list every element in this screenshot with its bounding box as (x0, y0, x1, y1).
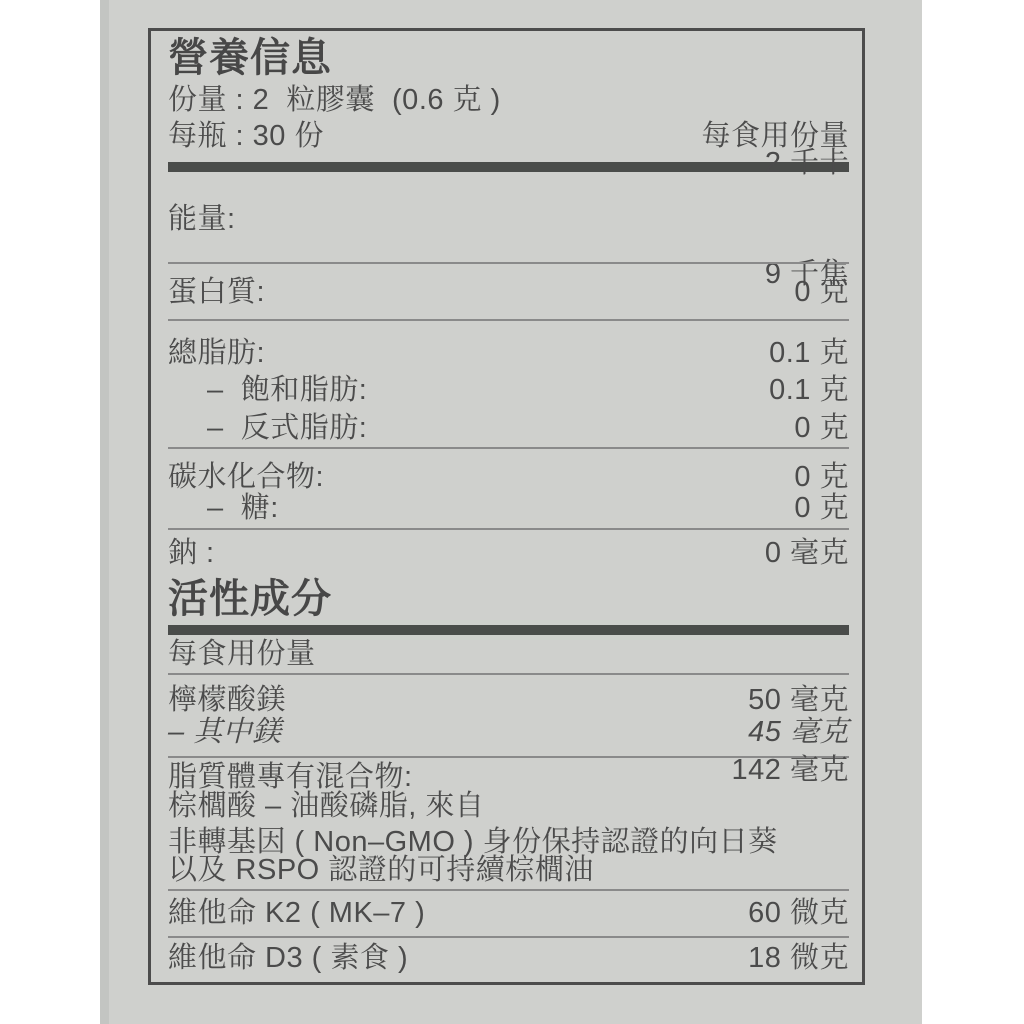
page: { "page": { "background_color": "#ffffff… (0, 0, 1024, 1024)
protein-value: 0 克 (794, 274, 849, 311)
liposomal-blend-value: 142 毫克 (732, 752, 849, 789)
total-fat-row: 總脂肪: 0.1 克 (168, 335, 849, 372)
sugars-value: 0 克 (794, 490, 849, 527)
energy-row: 能量: 2 千卡 9 千焦 (168, 182, 849, 256)
elemental-magnesium-value: 45 毫克 (748, 714, 849, 751)
sugars-label: – 糖: (207, 490, 279, 527)
trans-fat-label: – 反式脂肪: (207, 410, 367, 447)
section-bar (168, 625, 849, 635)
divider (168, 889, 849, 891)
saturated-fat-row: – 飽和脂肪: 0.1 克 (207, 372, 849, 409)
divider (168, 262, 849, 264)
protein-row: 蛋白質: 0 克 (168, 274, 849, 311)
energy-values: 2 千卡 9 千焦 (765, 71, 849, 367)
section-bar (168, 162, 849, 172)
elemental-magnesium-row: – 其中鎂 45 毫克 (168, 714, 849, 751)
servings-header-row: 每瓶 : 30 份 每食用份量 (168, 118, 849, 155)
sodium-row: 鈉 : 0 毫克 (168, 535, 849, 572)
vitamin-d3-value: 18 微克 (748, 940, 849, 977)
liposomal-blend-description-line3: 以及 RSPO 認證的可持續棕櫚油 (168, 852, 594, 889)
divider (168, 936, 849, 938)
sodium-label: 鈉 : (168, 535, 215, 572)
energy-kcal: 2 千卡 (765, 145, 849, 182)
supplement-facts-panel: 營養信息 份量 : 2 粒膠囊 (0.6 克 ) 每瓶 : 30 份 每食用份量… (148, 28, 865, 985)
vitamin-k2-row: 維他命 K2 ( MK–7 ) 60 微克 (168, 895, 849, 932)
saturated-fat-label: – 飽和脂肪: (207, 372, 367, 409)
total-fat-label: 總脂肪: (168, 335, 265, 372)
elemental-magnesium-label: – 其中鎂 (168, 714, 282, 751)
divider (168, 447, 849, 449)
sodium-value: 0 毫克 (765, 535, 849, 572)
sugars-row: – 糖: 0 克 (207, 490, 849, 527)
divider (168, 319, 849, 321)
active-ingredients-title: 活性成分 (168, 576, 849, 622)
vitamin-d3-row: 維他命 D3 ( 素食 ) 18 微克 (168, 940, 849, 977)
active-per-serving-header: 每食用份量 (168, 636, 316, 673)
vitamin-d3-label: 維他命 D3 ( 素食 ) (168, 940, 408, 977)
vitamin-k2-label: 維他命 K2 ( MK–7 ) (168, 895, 425, 932)
protein-label: 蛋白質: (168, 274, 265, 311)
trans-fat-value: 0 克 (794, 410, 849, 447)
liposomal-blend-description-line1: 棕櫚酸 – 油酸磷脂, 來自 (168, 788, 484, 825)
nutrition-facts-title: 營養信息 (168, 35, 849, 81)
saturated-fat-value: 0.1 克 (769, 372, 849, 409)
trans-fat-row: – 反式脂肪: 0 克 (207, 410, 849, 447)
vitamin-k2-value: 60 微克 (748, 895, 849, 932)
divider (168, 673, 849, 675)
divider (168, 528, 849, 530)
serving-size-line: 份量 : 2 粒膠囊 (0.6 克 ) (168, 82, 501, 119)
energy-label: 能量: (168, 201, 236, 238)
servings-per-bottle: 每瓶 : 30 份 (168, 118, 324, 155)
label-left-edge (100, 0, 109, 1024)
total-fat-value: 0.1 克 (769, 335, 849, 372)
